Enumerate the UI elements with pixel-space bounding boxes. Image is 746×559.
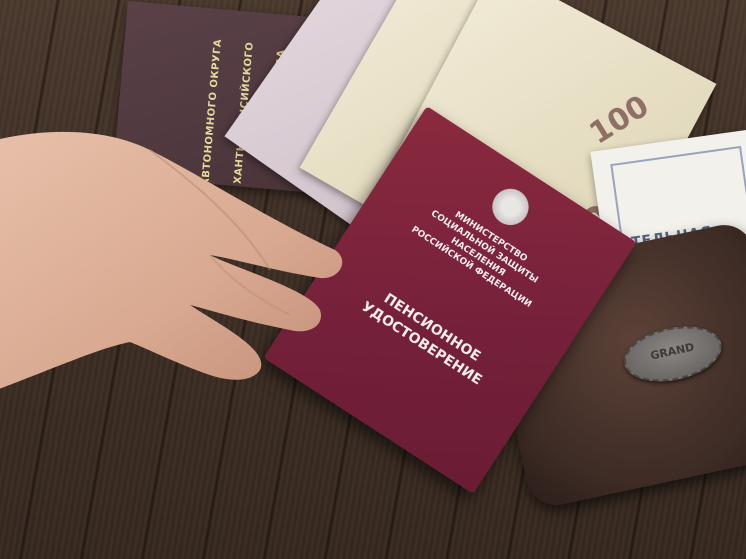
photo-scene: УДОСТОВЕРЕНИЕ ВЕТЕРАНА ТРУДА ХАНТЫ-МАНСИ…	[0, 0, 746, 559]
hand	[0, 120, 360, 430]
wallet-badge: GRAND	[619, 318, 727, 389]
coat-of-arms-icon	[481, 178, 539, 236]
ministry-line: СОЦИАЛЬНОЙ ЗАЩИТЫ	[377, 175, 592, 320]
